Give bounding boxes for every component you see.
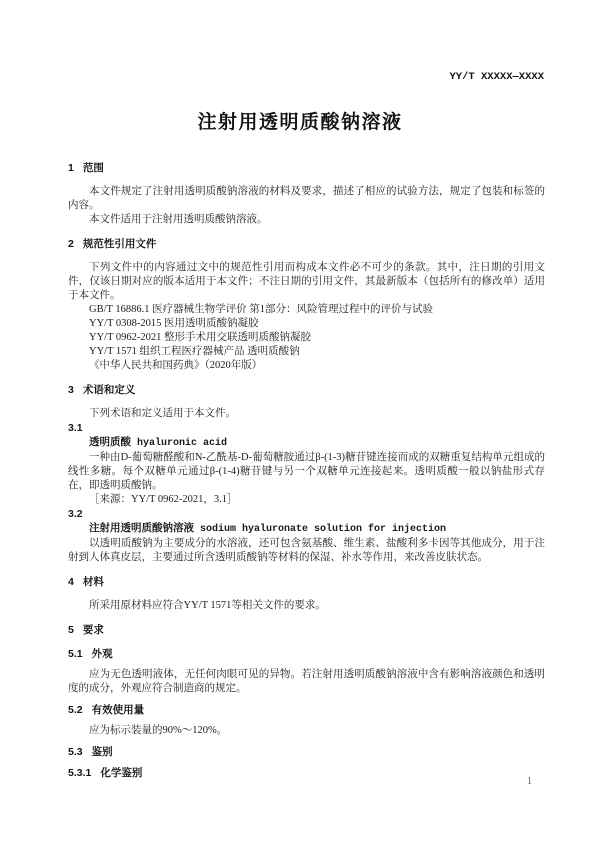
section-5-2-heading: 5.2有效使用量	[68, 703, 545, 717]
document-title: 注射用透明质酸钠溶液	[0, 107, 600, 134]
section-5-3-1-number: 5.3.1	[68, 766, 91, 780]
section-2-title: 规范性引用文件	[83, 238, 157, 250]
section-1-heading: 1范围	[68, 161, 545, 175]
term-3-2-name-en: sodium hyaluronate solution for injectio…	[200, 524, 446, 535]
term-3-1-source: ［来源：YY/T 0962-2021，3.1］	[68, 493, 545, 507]
section-5-heading: 5要求	[68, 623, 545, 637]
section-5-1-paragraph: 应为无色透明液体，无任何肉眼可见的异物。若注射用透明质酸钠溶液中含有影响溶液颜色…	[68, 668, 545, 696]
reference-item: YY/T 0308-2015 医用透明质酸钠凝胶	[68, 317, 545, 331]
term-3-1-name: 透明质酸hyaluronic acid	[68, 435, 545, 451]
section-5-1-heading: 5.1外观	[68, 647, 545, 661]
term-3-1-definition: 一种由D-葡萄糖醛酸和N-乙酰基-D-葡萄糖胺通过β-(1-3)糖苷键连接而成的…	[68, 451, 545, 493]
section-1-title: 范围	[83, 162, 104, 174]
reference-item: 《中华人民共和国药典》（2020年版）	[68, 359, 545, 373]
section-1-number: 1	[68, 161, 74, 175]
term-3-2-name: 注射用透明质酸钠溶液sodium hyaluronate solution fo…	[68, 521, 545, 537]
section-1-paragraph-2: 本文件适用于注射用透明质酸钠溶液。	[68, 213, 545, 227]
section-2-intro: 下列文件中的内容通过文中的规范性引用而构成本文件必不可少的条款。其中，注日期的引…	[68, 261, 545, 303]
section-5-3-title: 鉴别	[92, 746, 113, 758]
term-3-2-definition: 以透明质酸钠为主要成分的水溶液，还可包含氨基酸、维生素、盐酸利多卡因等其他成分，…	[68, 537, 545, 565]
section-3-heading: 3术语和定义	[68, 383, 545, 397]
section-5-1-number: 5.1	[68, 647, 83, 661]
page-number: 1	[527, 776, 532, 787]
section-1-paragraph-1: 本文件规定了注射用透明质酸钠溶液的材料及要求，描述了相应的试验方法，规定了包装和…	[68, 185, 545, 213]
section-5-number: 5	[68, 623, 74, 637]
term-3-2-number: 3.2	[68, 507, 545, 521]
doc-standard-number: YY/T XXXXX—XXXX	[449, 71, 544, 83]
section-5-3-1-title: 化学鉴别	[100, 767, 142, 779]
section-5-2-title: 有效使用量	[92, 704, 145, 716]
document-body: 1范围 本文件规定了注射用透明质酸钠溶液的材料及要求，描述了相应的试验方法，规定…	[68, 161, 545, 787]
term-3-2-name-zh: 注射用透明质酸钠溶液	[89, 522, 194, 534]
section-5-2-number: 5.2	[68, 703, 83, 717]
section-4-paragraph: 所采用原材料应符合YY/T 1571等相关文件的要求。	[68, 599, 545, 613]
section-3-title: 术语和定义	[83, 384, 136, 396]
section-5-1-title: 外观	[92, 648, 113, 660]
reference-item: YY/T 0962-2021 整形手术用交联透明质酸钠凝胶	[68, 331, 545, 345]
section-2-number: 2	[68, 237, 74, 251]
section-5-title: 要求	[83, 624, 104, 636]
section-4-title: 材料	[83, 576, 104, 588]
section-3-intro: 下列术语和定义适用于本文件。	[68, 407, 545, 421]
section-4-number: 4	[68, 575, 74, 589]
term-3-1-name-en: hyaluronic acid	[137, 438, 227, 449]
reference-list: GB/T 16886.1 医疗器械生物学评价 第1部分：风险管理过程中的评价与试…	[68, 303, 545, 373]
section-3-number: 3	[68, 383, 74, 397]
reference-item: GB/T 16886.1 医疗器械生物学评价 第1部分：风险管理过程中的评价与试…	[68, 303, 545, 317]
section-5-2-paragraph: 应为标示装量的90%～120%。	[68, 724, 545, 738]
reference-item: YY/T 1571 组织工程医疗器械产品 透明质酸钠	[68, 345, 545, 359]
term-3-1-name-zh: 透明质酸	[89, 436, 131, 448]
section-2-heading: 2规范性引用文件	[68, 237, 545, 251]
term-3-1-number: 3.1	[68, 421, 545, 435]
section-5-3-1-heading: 5.3.1化学鉴别	[68, 766, 545, 780]
document-page: YY/T XXXXX—XXXX 注射用透明质酸钠溶液 1范围 本文件规定了注射用…	[0, 0, 600, 848]
section-5-3-number: 5.3	[68, 745, 83, 759]
section-4-heading: 4材料	[68, 575, 545, 589]
section-5-3-heading: 5.3鉴别	[68, 745, 545, 759]
